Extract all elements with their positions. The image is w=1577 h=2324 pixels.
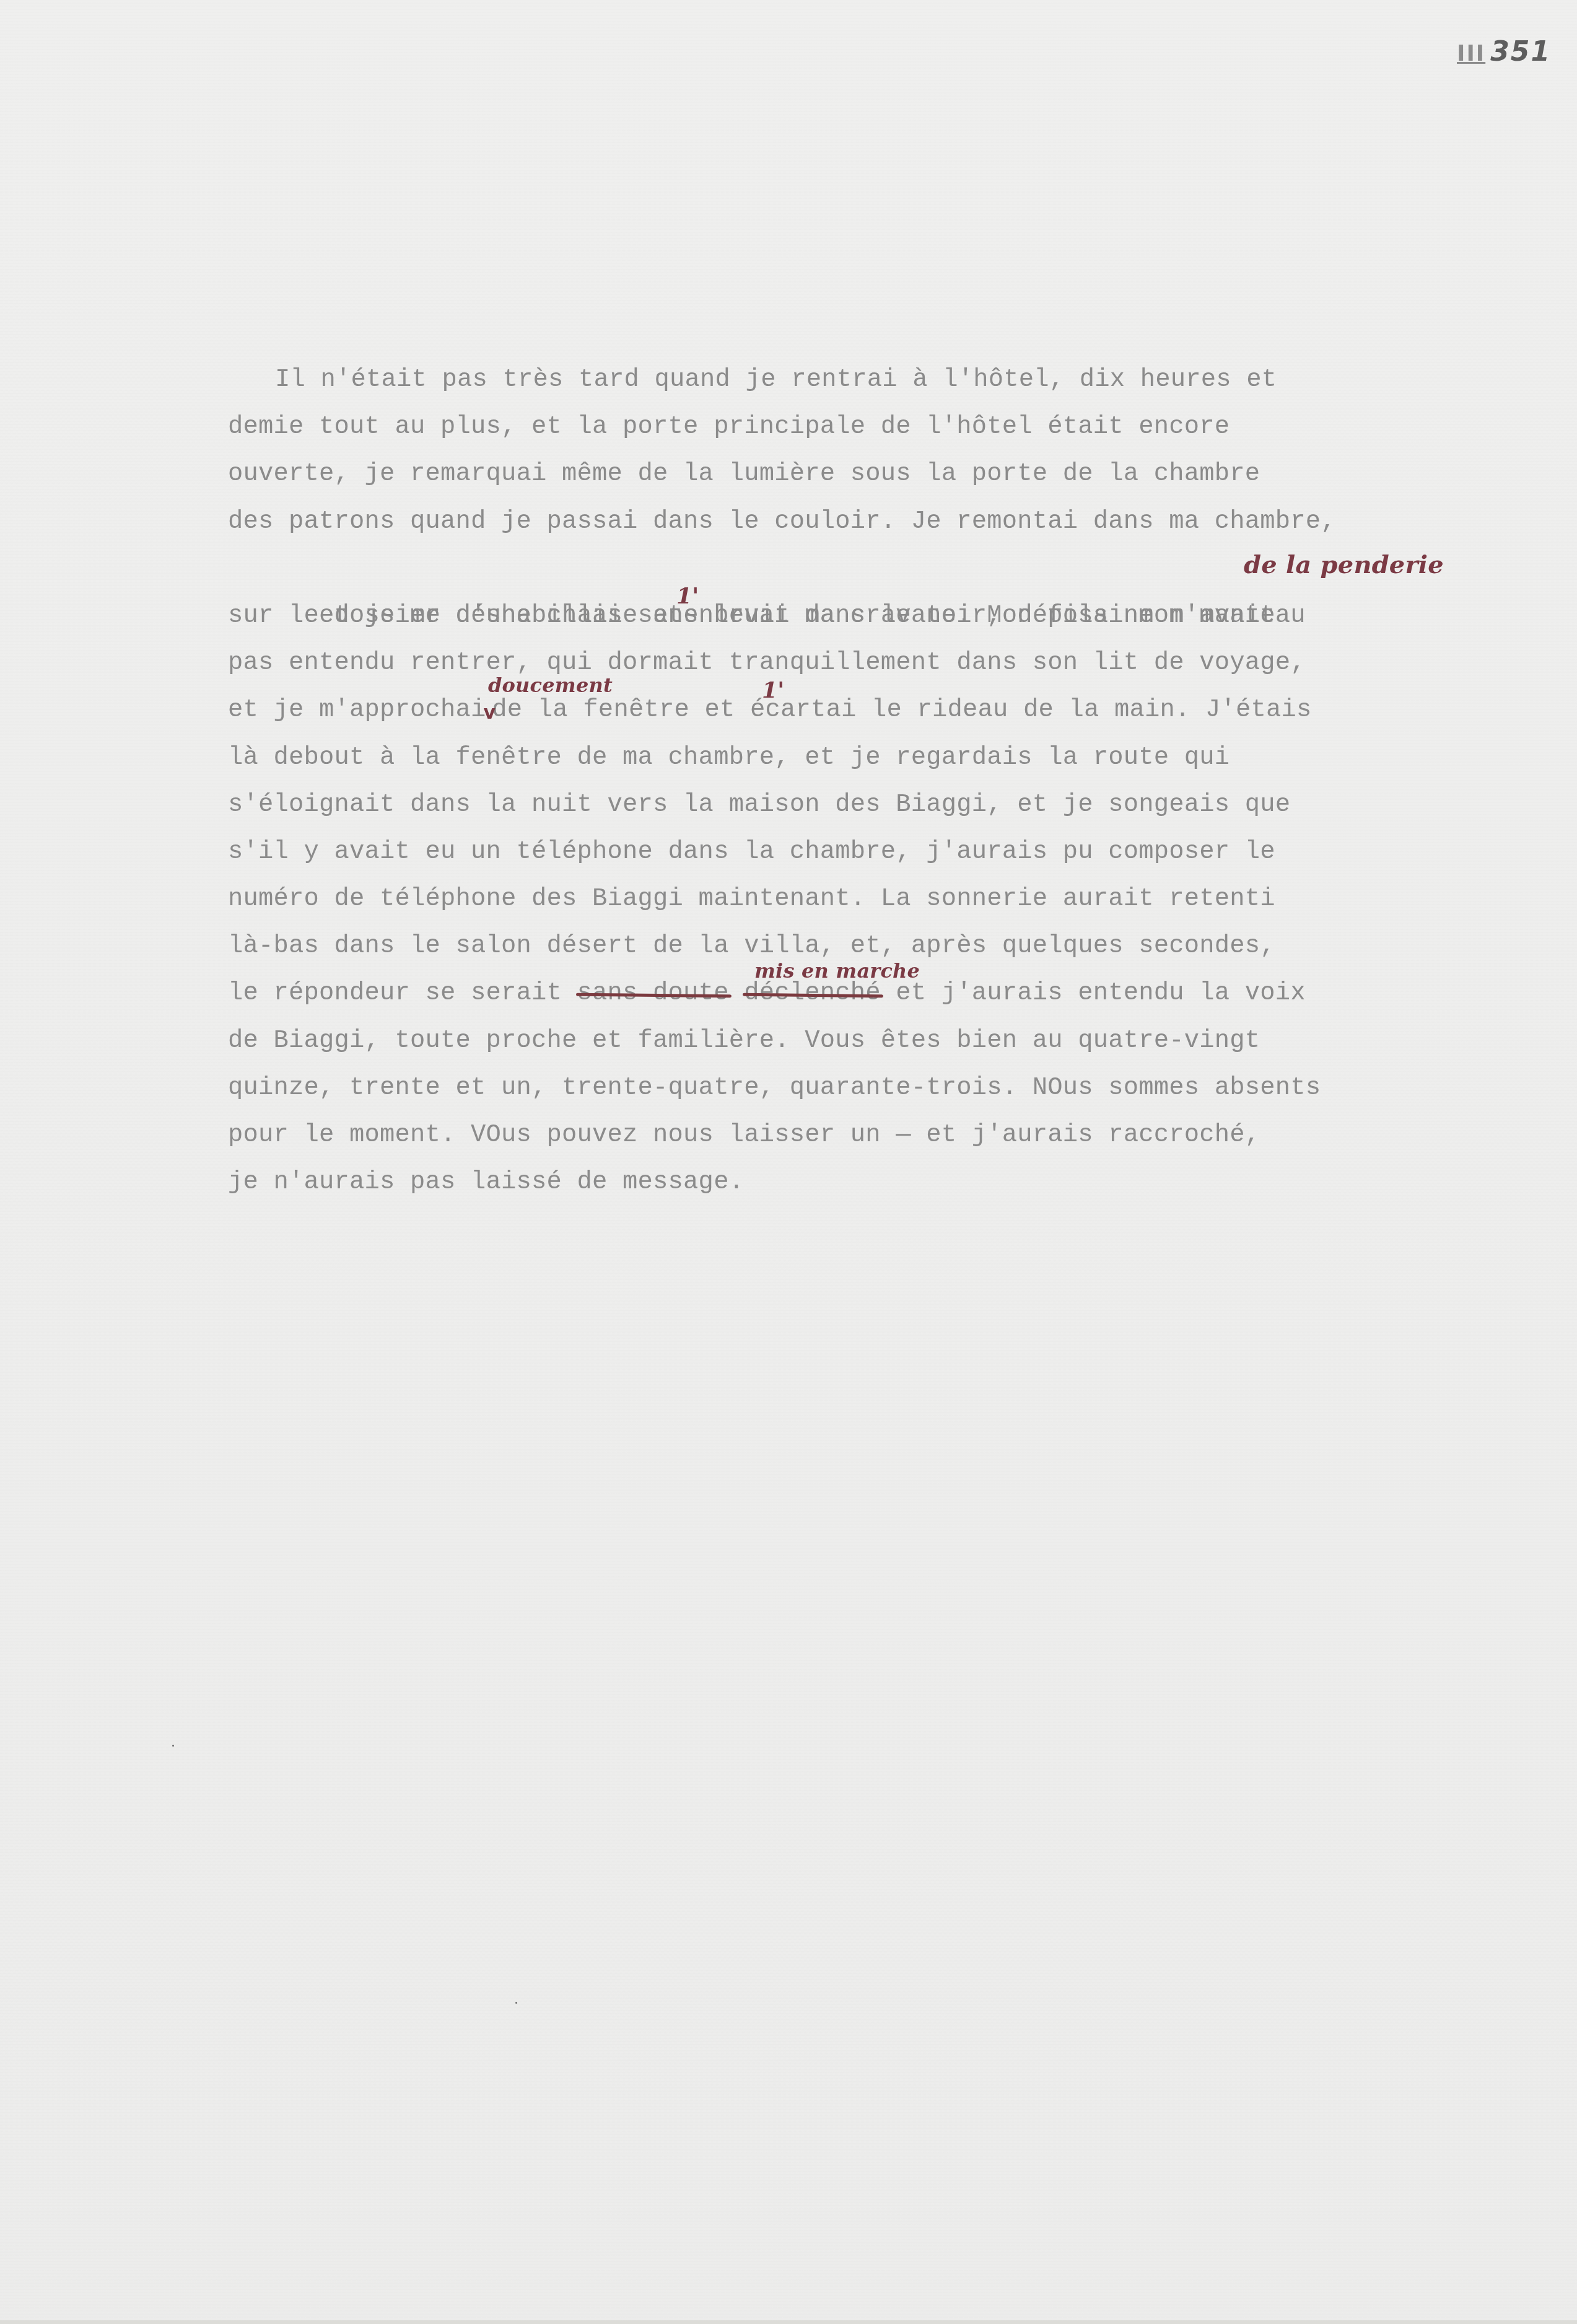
text-line-16: quinze, trente et un, trente-quatre, qua… [228, 1064, 1405, 1112]
text-line-11: s'il y avait eu un téléphone dans la cha… [228, 828, 1405, 875]
folio-series: III [1457, 41, 1485, 66]
text-line-18: je n'aurais pas laissé de message. [228, 1159, 1405, 1206]
text-line-8-a: et je m'approchai [228, 696, 486, 724]
manuscript-page: III351 Il n'était pas très tard quand je… [0, 0, 1577, 2324]
text-line-6-a: sur le dossier d'une chaise et [228, 602, 683, 630]
paper-edge [0, 2320, 1577, 2324]
text-line-2: demie tout au plus, et la porte principa… [228, 403, 1405, 450]
folio-number: III351 [1457, 36, 1551, 68]
text-line-6: sur le dossier d'une chaise et1'enlevai … [228, 592, 1405, 639]
text-line-3: ouverte, je remarquai même de la lumière… [228, 450, 1405, 498]
paper-speck [172, 1745, 174, 1747]
handwritten-annotation-doucement: doucement [488, 662, 613, 709]
text-line-7: pas entendu rentrer, qui dormait tranqui… [228, 639, 1405, 686]
typescript-body: Il n'était pas très tard quand je rentra… [228, 356, 1405, 1206]
text-line-10: s'éloignait dans la nuit vers la maison … [228, 781, 1405, 828]
text-line-15: de Biaggi, toute proche et familière. Vo… [228, 1017, 1405, 1064]
text-line-8: et je m'approchaivdoucementde la fenêtre… [228, 686, 1405, 734]
text-line-8-c: écartai le rideau de la main. J'étais [750, 696, 1312, 724]
handwritten-annotation-mis-en-marche: mis en marche [754, 947, 920, 994]
text-line-14-space [729, 979, 745, 1007]
text-line-14: le répondeur se serait sans doute déclen… [228, 970, 1405, 1017]
text-line-17: pour le moment. VOus pouvez nous laisser… [228, 1112, 1405, 1159]
handwritten-insert-mark-2: 1' [762, 667, 784, 714]
text-line-14-a: le répondeur se serait [228, 979, 577, 1007]
handwritten-insert-mark-1: 1' [676, 572, 699, 620]
text-line-4: des patrons quand je passai dans le coul… [228, 498, 1405, 545]
text-line-9: là debout à la fenêtre de ma chambre, et… [228, 734, 1405, 781]
text-line-5: et je me déshabillai sans bruit dans le … [228, 545, 1405, 592]
paper-speck [515, 2002, 517, 2004]
text-line-1: Il n'était pas très tard quand je rentra… [228, 356, 1405, 403]
text-line-6-b: enlevai ma cravate. Mon fils ne m'avait [683, 602, 1275, 630]
handwritten-annotation-penderie: de la penderie [1244, 542, 1444, 589]
folio-page-number: 351 [1490, 36, 1551, 68]
struck-text-sans-doute: sans doute [577, 970, 729, 1017]
text-line-12: numéro de téléphone des Biaggi maintenan… [228, 875, 1405, 923]
text-line-14-b: et j'aurais entendu la voix [881, 979, 1306, 1007]
